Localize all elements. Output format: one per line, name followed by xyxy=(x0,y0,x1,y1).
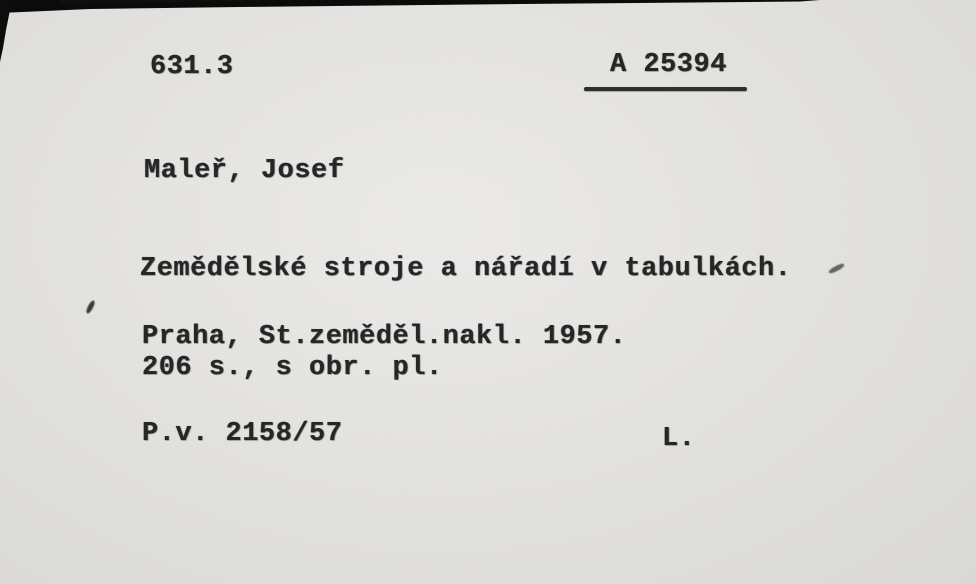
catalog-card: 631.3 A 25394 Maleř, Josef Zemědělské st… xyxy=(0,0,976,584)
stray-ink-mark xyxy=(828,262,845,274)
accession-underline xyxy=(584,87,747,91)
accession-number: A 25394 xyxy=(610,50,727,80)
author-name: Maleř, Josef xyxy=(144,156,344,186)
title-line: Zemědělské stroje a nářadí v tabulkách. xyxy=(140,254,791,284)
imprint-line-1: Praha, St.zeměděl.nakl. 1957. xyxy=(142,322,626,352)
cataloguer-initial: L. xyxy=(662,424,695,454)
stray-ink-mark xyxy=(85,300,96,315)
scan-edge-artifacts xyxy=(0,0,976,120)
classification-number: 631.3 xyxy=(150,52,234,82)
paper-texture xyxy=(0,0,976,584)
imprint-line-2: 206 s., s obr. pl. xyxy=(142,353,443,383)
record-number: P.v. 2158/57 xyxy=(142,419,342,449)
